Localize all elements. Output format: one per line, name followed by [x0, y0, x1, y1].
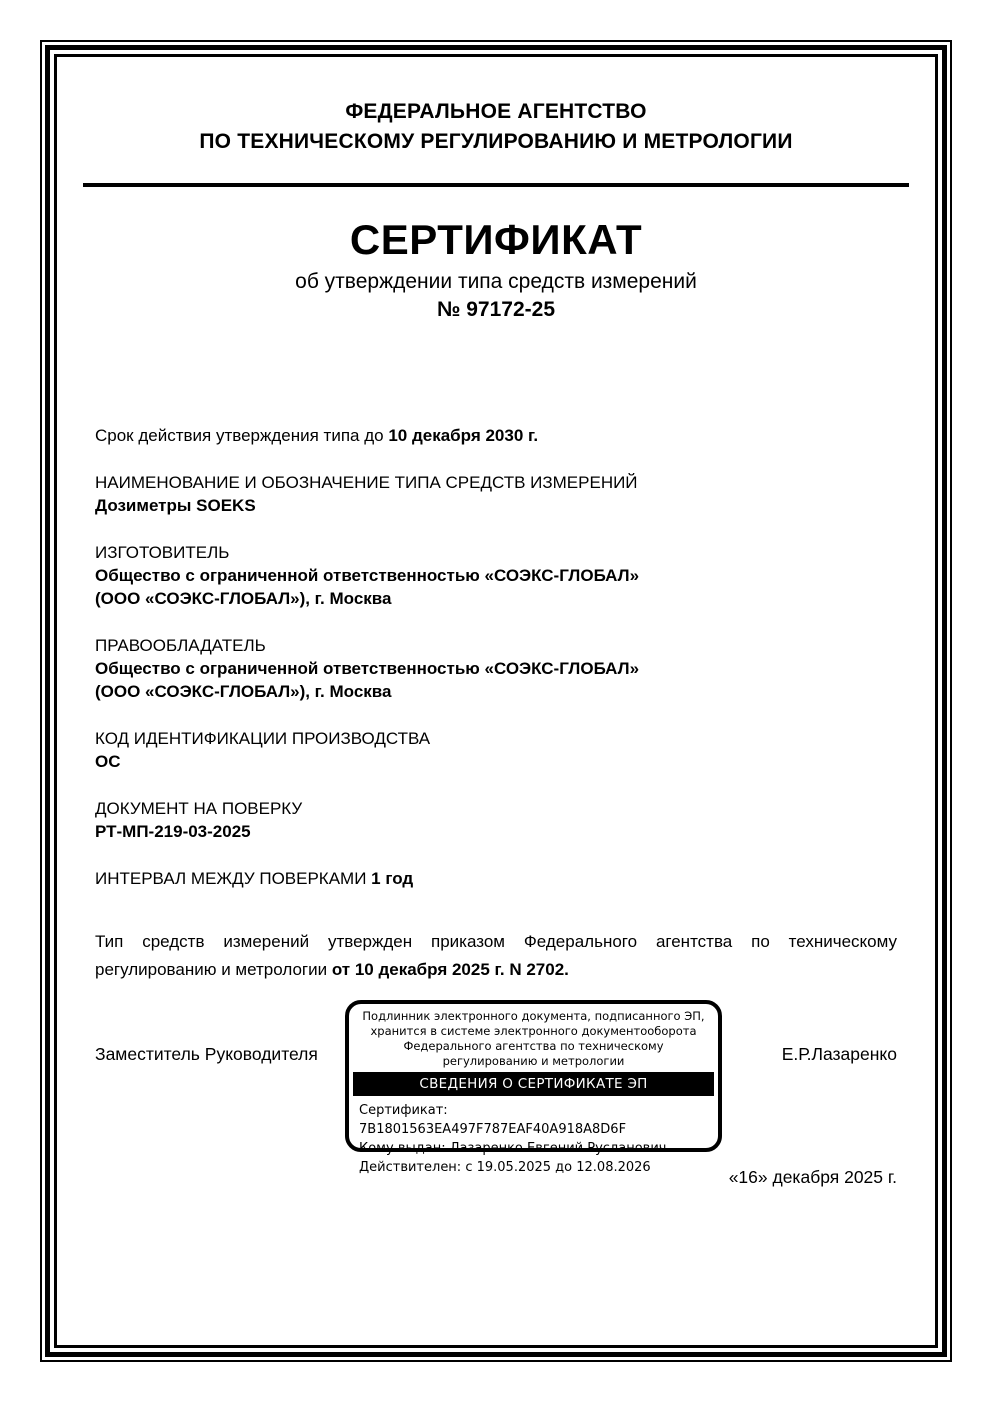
- interval-prefix: ИНТЕРВАЛ МЕЖДУ ПОВЕРКАМИ: [95, 869, 371, 888]
- manufacturer-line1: Общество с ограниченной ответственностью…: [95, 564, 897, 587]
- validity-value: 10 декабря 2030 г.: [388, 426, 538, 445]
- production-code-label: КОД ИДЕНТИФИКАЦИИ ПРОИЗВОДСТВА: [95, 727, 897, 750]
- digital-signature-stamp: Подлинник электронного документа, подпис…: [345, 1000, 722, 1152]
- approval-order-date: от 10 декабря 2025 г. N 2702.: [332, 960, 569, 979]
- interval-block: ИНТЕРВАЛ МЕЖДУ ПОВЕРКАМИ 1 год: [95, 867, 897, 890]
- stamp-certificate-id: Сертификат: 7B1801563EA497F787EAF40A918A…: [359, 1101, 714, 1139]
- certificate-title: СЕРТИФИКАТ: [95, 218, 897, 262]
- stamp-header-line: Федерального агентства по техническому: [353, 1039, 714, 1054]
- stamp-issued-to: Кому выдан: Лазаренко Евгений Русланович: [359, 1139, 714, 1158]
- verification-doc-block: ДОКУМЕНТ НА ПОВЕРКУ РТ-МП-219-03-2025: [95, 797, 897, 843]
- agency-header: ФЕДЕРАЛЬНОЕ АГЕНТСТВО ПО ТЕХНИЧЕСКОМУ РЕ…: [95, 97, 897, 157]
- name-value: Дозиметры SOEKS: [95, 494, 897, 517]
- agency-name-line2: ПО ТЕХНИЧЕСКОМУ РЕГУЛИРОВАНИЮ И МЕТРОЛОГ…: [95, 127, 897, 157]
- signer-name: Е.Р.Лазаренко: [782, 1044, 897, 1065]
- agency-name-line1: ФЕДЕРАЛЬНОЕ АГЕНТСТВО: [95, 97, 897, 127]
- manufacturer-line2: (ООО «СОЭКС-ГЛОБАЛ»), г. Москва: [95, 587, 897, 610]
- header-divider: [83, 183, 909, 187]
- stamp-details: Сертификат: 7B1801563EA497F787EAF40A918A…: [353, 1101, 714, 1177]
- stamp-header-text: Подлинник электронного документа, подпис…: [353, 1009, 714, 1069]
- validity-block: Срок действия утверждения типа до 10 дек…: [95, 424, 897, 447]
- verification-doc-value: РТ-МП-219-03-2025: [95, 820, 897, 843]
- stamp-bar-title: СВЕДЕНИЯ О СЕРТИФИКАТЕ ЭП: [353, 1072, 714, 1096]
- interval-value: 1 год: [371, 869, 413, 888]
- approval-order-paragraph: Тип средств измерений утвержден приказом…: [95, 928, 897, 984]
- middle-border: ФЕДЕРАЛЬНОЕ АГЕНТСТВО ПО ТЕХНИЧЕСКОМУ РЕ…: [45, 45, 947, 1357]
- certificate-number: № 97172-25: [95, 296, 897, 324]
- manufacturer-block: ИЗГОТОВИТЕЛЬ Общество с ограниченной отв…: [95, 541, 897, 610]
- rightholder-label: ПРАВООБЛАДАТЕЛЬ: [95, 634, 897, 657]
- verification-doc-label: ДОКУМЕНТ НА ПОВЕРКУ: [95, 797, 897, 820]
- title-block: СЕРТИФИКАТ об утверждении типа средств и…: [95, 218, 897, 324]
- certificate-page: { "colors": { "ink": "#000000", "paper":…: [0, 0, 992, 1403]
- stamp-header-line: регулированию и метрологии: [353, 1054, 714, 1069]
- production-code-block: КОД ИДЕНТИФИКАЦИИ ПРОИЗВОДСТВА ОС: [95, 727, 897, 773]
- rightholder-block: ПРАВООБЛАДАТЕЛЬ Общество с ограниченной …: [95, 634, 897, 703]
- certificate-subtitle: об утверждении типа средств измерений: [95, 268, 897, 296]
- manufacturer-label: ИЗГОТОВИТЕЛЬ: [95, 541, 897, 564]
- certificate-body: Срок действия утверждения типа до 10 дек…: [95, 424, 897, 890]
- name-label: НАИМЕНОВАНИЕ И ОБОЗНАЧЕНИЕ ТИПА СРЕДСТВ …: [95, 471, 897, 494]
- stamp-validity-period: Действителен: с 19.05.2025 до 12.08.2026: [359, 1158, 714, 1177]
- rightholder-line2: (ООО «СОЭКС-ГЛОБАЛ»), г. Москва: [95, 680, 897, 703]
- stamp-header-line: хранится в системе электронного документ…: [353, 1024, 714, 1039]
- name-block: НАИМЕНОВАНИЕ И ОБОЗНАЧЕНИЕ ТИПА СРЕДСТВ …: [95, 471, 897, 517]
- validity-prefix: Срок действия утверждения типа до: [95, 426, 388, 445]
- rightholder-line1: Общество с ограниченной ответственностью…: [95, 657, 897, 680]
- outer-border: ФЕДЕРАЛЬНОЕ АГЕНТСТВО ПО ТЕХНИЧЕСКОМУ РЕ…: [40, 40, 952, 1362]
- stamp-header-line: Подлинник электронного документа, подпис…: [353, 1009, 714, 1024]
- signature-row: Заместитель Руководителя Подлинник элект…: [95, 1000, 897, 1152]
- signer-position: Заместитель Руководителя: [95, 1044, 318, 1065]
- inner-border: ФЕДЕРАЛЬНОЕ АГЕНТСТВО ПО ТЕХНИЧЕСКОМУ РЕ…: [54, 54, 938, 1348]
- production-code-value: ОС: [95, 750, 897, 773]
